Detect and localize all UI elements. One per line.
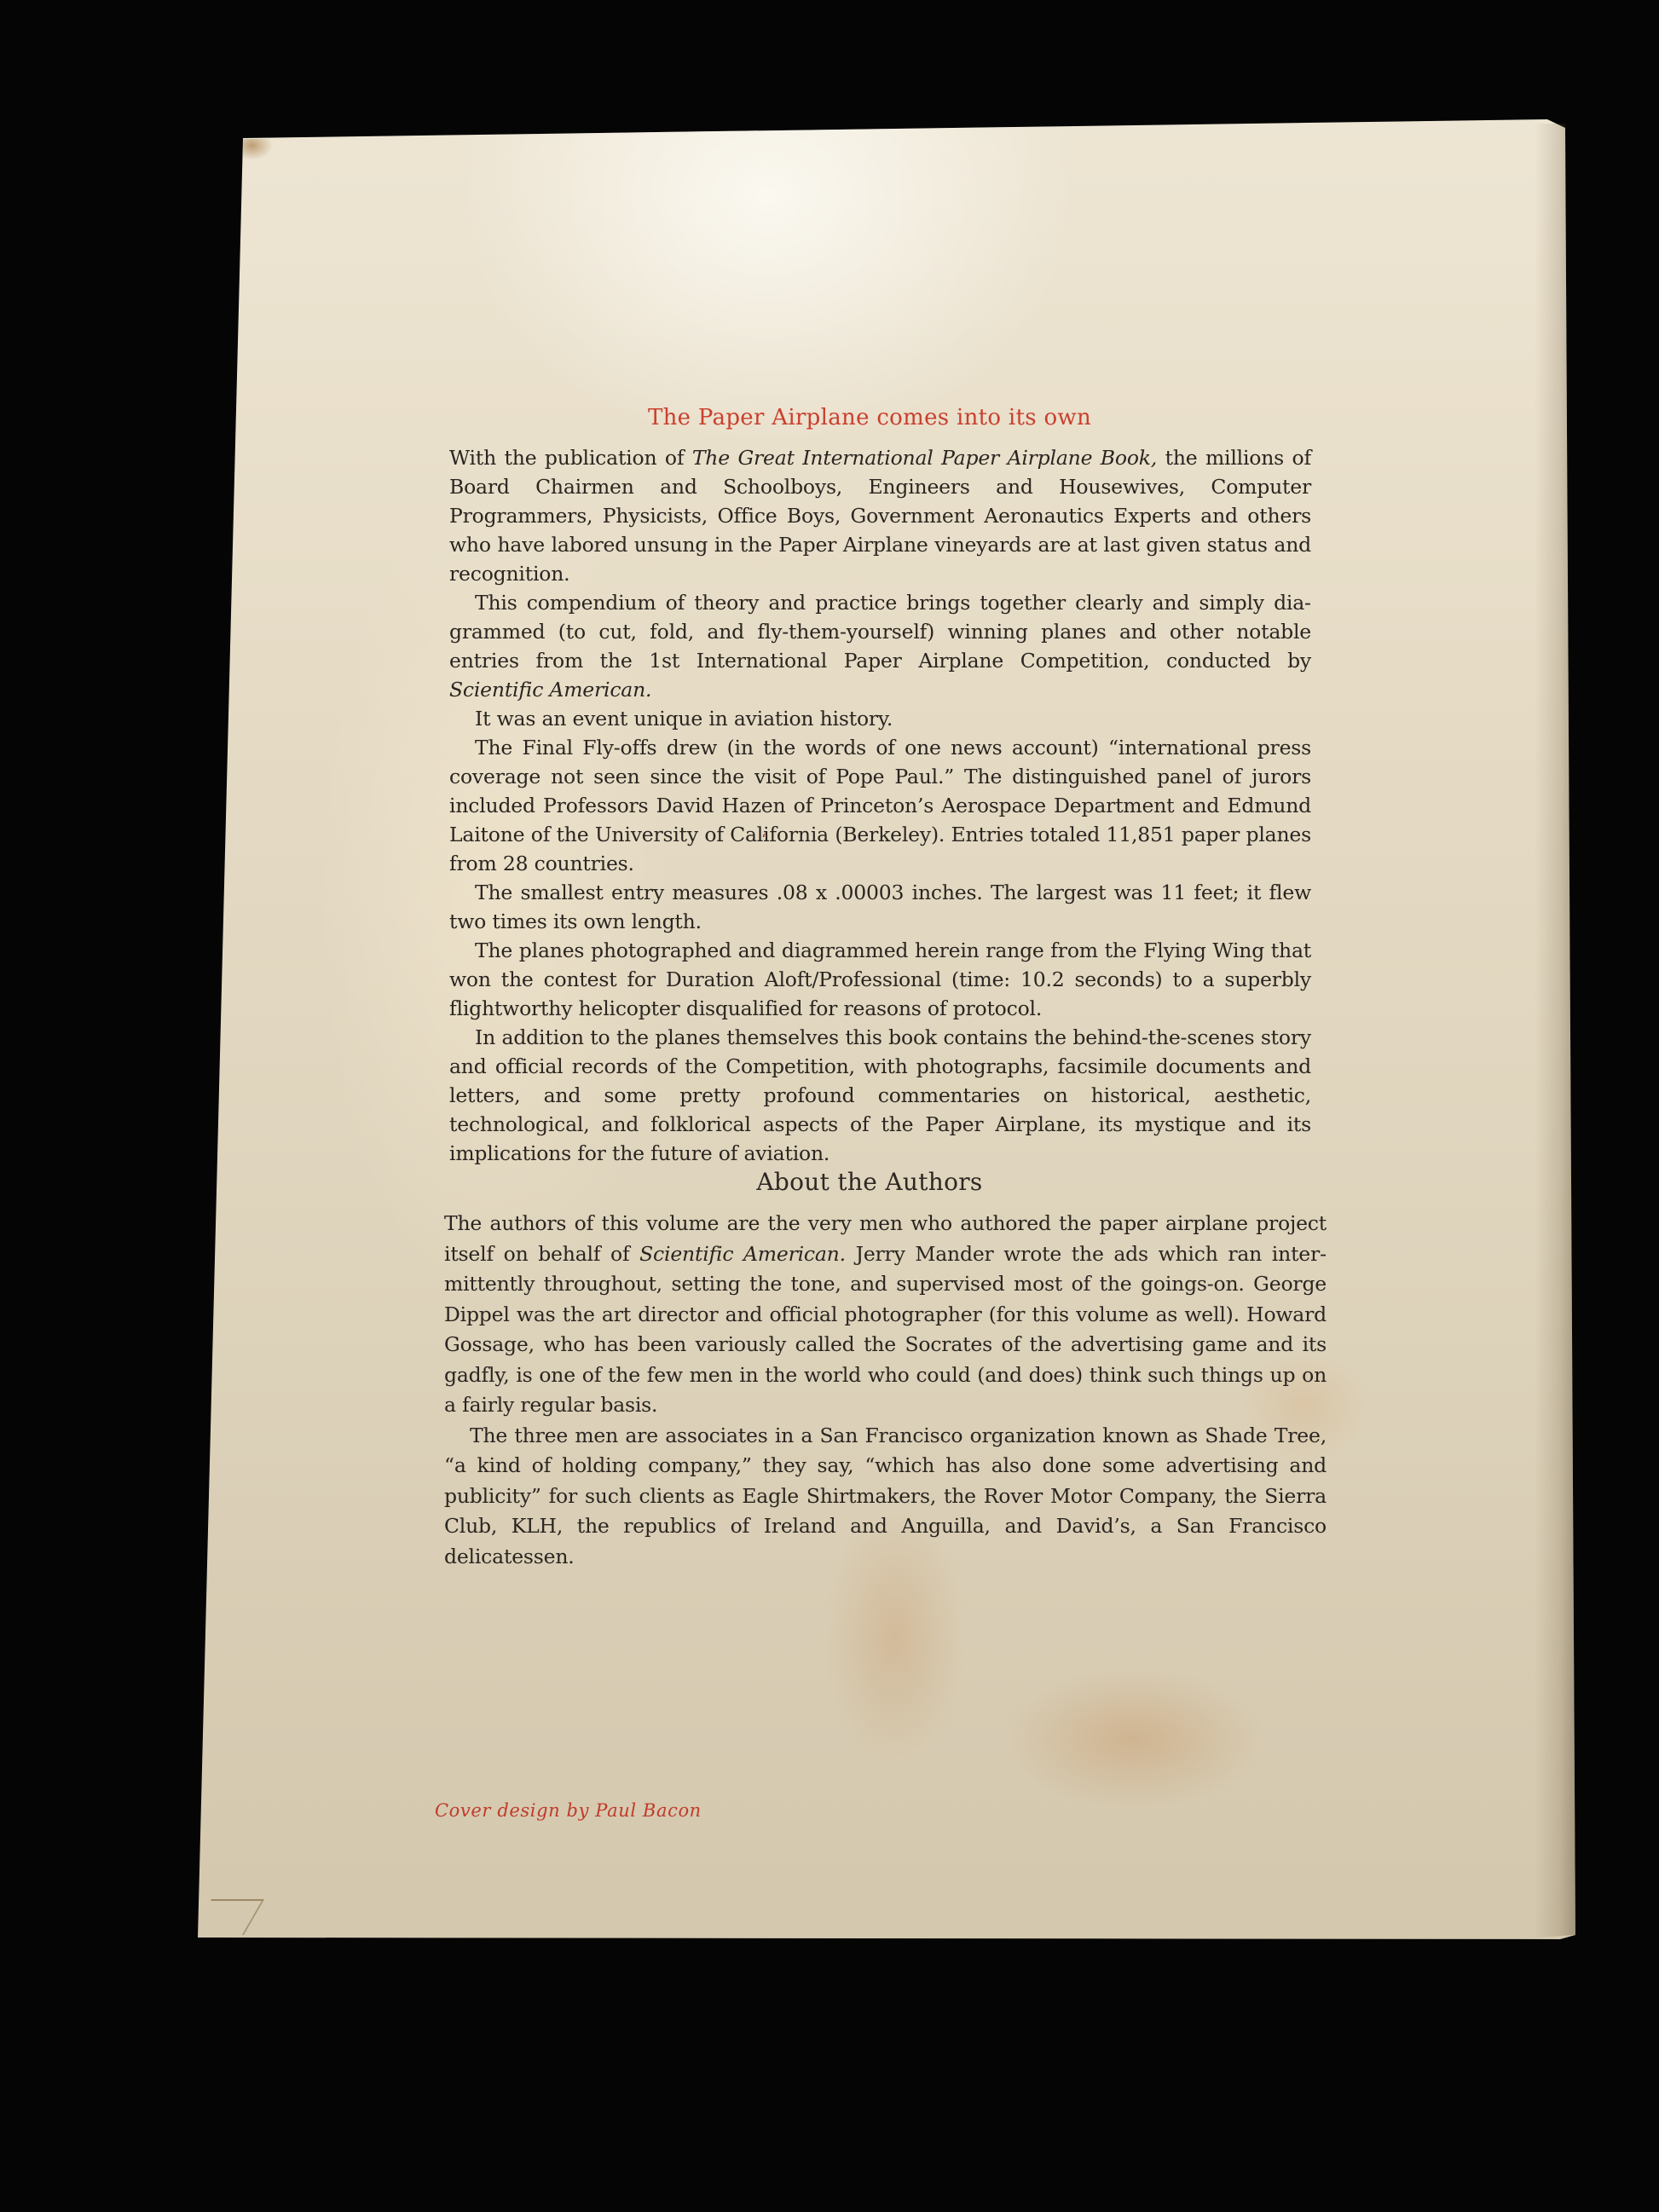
text-run: In addition to the planes themselves thi… (449, 1025, 1311, 1165)
section-heading-about-authors: About the Authors (443, 1168, 1296, 1196)
italic-title: Scientific American. (449, 678, 651, 702)
section2-body: The authors of this volume are the very … (444, 1209, 1327, 1572)
section1-paragraph: With the publication of The Great Intern… (449, 443, 1311, 588)
section2-paragraph: The three men are associates in a San Fr… (444, 1421, 1327, 1573)
text-run: With the publication of (449, 446, 692, 470)
book-spine-edge (1535, 124, 1577, 1939)
section1-paragraph: This compendium of theory and practice b… (449, 588, 1311, 704)
section1-paragraph: In addition to the planes themselves thi… (449, 1023, 1311, 1168)
section1-body: With the publication of The Great Intern… (449, 443, 1311, 1168)
section1-paragraph: The planes photographed and diagrammed h… (449, 936, 1311, 1023)
text-run: It was an event unique in aviation histo… (475, 707, 893, 731)
cover-design-credit: Cover design by Paul Bacon (435, 1800, 702, 1821)
text-run: The planes photographed and diagrammed h… (449, 939, 1311, 1020)
section1-paragraph: It was an event unique in aviation histo… (449, 704, 1311, 733)
italic-title: The Great International Paper Airplane B… (692, 446, 1157, 470)
text-run: The three men are associates in a San Fr… (444, 1424, 1327, 1568)
italic-title: Scientific American. (639, 1242, 846, 1266)
section1-paragraph: The Final Fly-offs drew (in the words of… (449, 733, 1311, 878)
text-run: The Final Fly-offs drew (in the words of… (449, 736, 1311, 875)
section-heading-paper-airplane: The Paper Airplane comes into its own (443, 405, 1296, 430)
section1-paragraph: The smallest entry measures .08 x .00003… (449, 878, 1311, 936)
ink-mark: ‘ (761, 831, 766, 849)
text-run: Jerry Mander wrote the ads which ran int… (444, 1242, 1327, 1418)
section2-paragraph: The authors of this volume are the very … (444, 1209, 1327, 1421)
text-run: This compendium of theory and practice b… (449, 591, 1311, 673)
corner-stain (243, 139, 273, 160)
text-run: The smallest entry measures .08 x .00003… (449, 881, 1311, 933)
